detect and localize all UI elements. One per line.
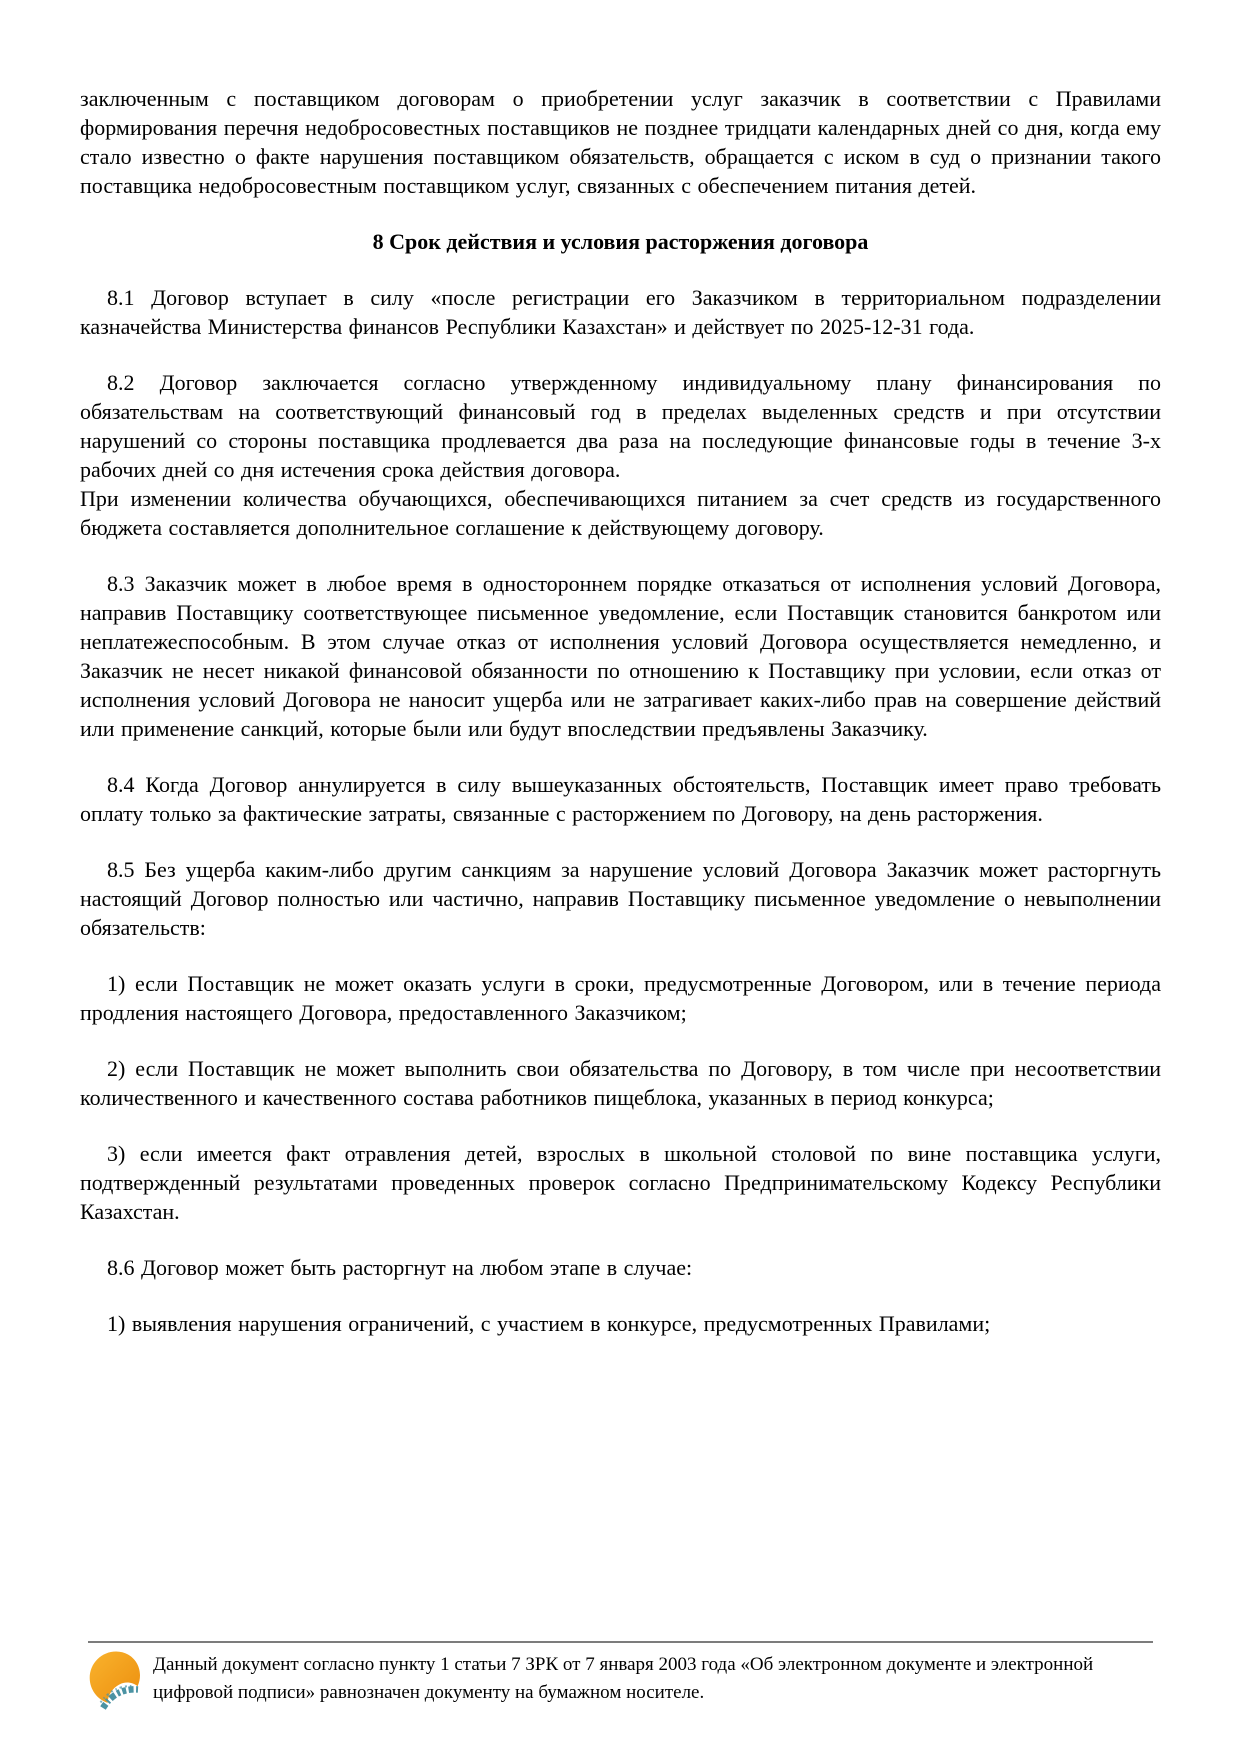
footer-divider (88, 1641, 1153, 1643)
clause-8-4: 8.4 Когда Договор аннулируется в силу вы… (80, 770, 1161, 828)
clause-8-5-item-3: 3) если имеется факт отравления детей, в… (80, 1139, 1161, 1226)
clause-8-5-item-1: 1) если Поставщик не может оказать услуг… (80, 969, 1161, 1027)
clause-8-2-continuation: При изменении количества обучающихся, об… (80, 484, 1161, 542)
clause-8-3: 8.3 Заказчик может в любое время в однос… (80, 569, 1161, 743)
clause-8-5-item-2: 2) если Поставщик не может выполнить сво… (80, 1054, 1161, 1112)
section-8-heading: 8 Срок действия и условия расторжения до… (80, 227, 1161, 256)
footer-legal-note: Данный документ согласно пункту 1 статьи… (153, 1651, 1153, 1706)
contract-text-body: заключенным с поставщиком договорам о пр… (80, 84, 1161, 1365)
egov-signature-stamp-icon (86, 1650, 144, 1712)
clause-8-6-item-1: 1) выявления нарушения ограничений, с уч… (80, 1309, 1161, 1338)
clause-8-2: 8.2 Договор заключается согласно утвержд… (80, 368, 1161, 484)
clause-8-1: 8.1 Договор вступает в силу «после регис… (80, 283, 1161, 341)
document-page: { "document": { "intro_paragraph": "закл… (0, 0, 1241, 1754)
clause-8-5: 8.5 Без ущерба каким-либо другим санкция… (80, 855, 1161, 942)
intro-paragraph: заключенным с поставщиком договорам о пр… (80, 84, 1161, 200)
clause-8-6: 8.6 Договор может быть расторгнут на люб… (80, 1253, 1161, 1282)
electronic-signature-footer: Данный документ согласно пункту 1 статьи… (0, 1641, 1241, 1712)
